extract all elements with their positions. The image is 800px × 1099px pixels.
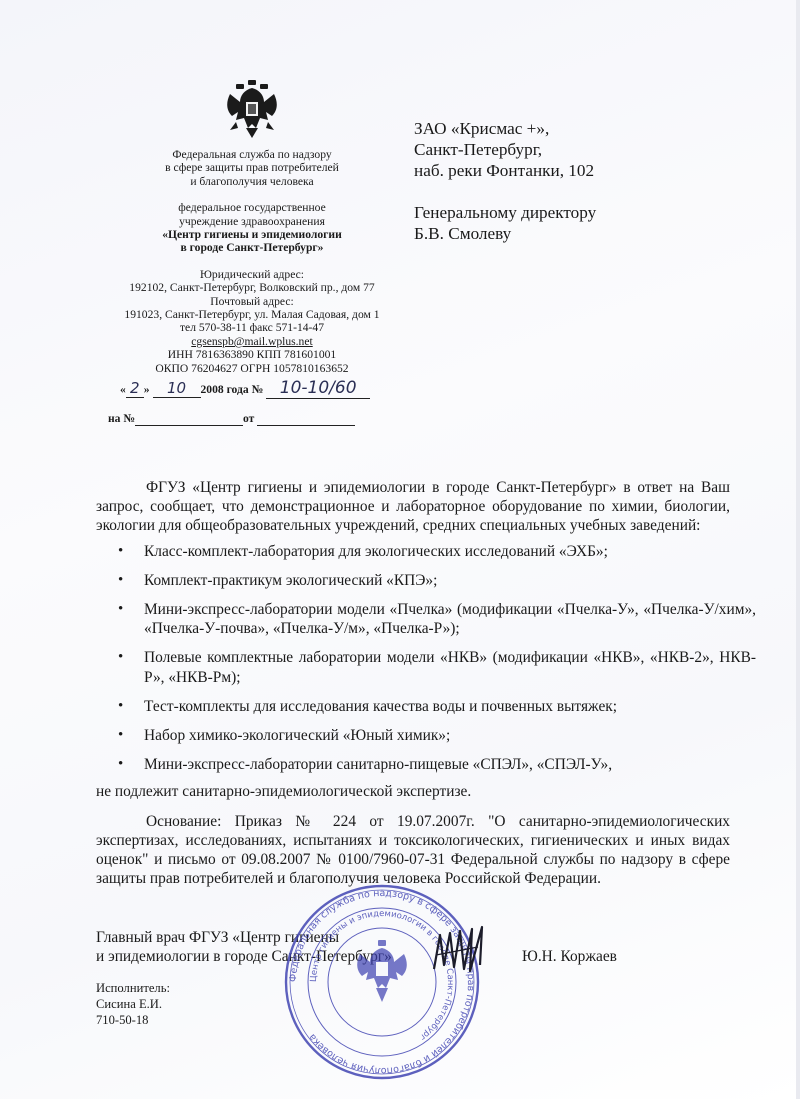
addressee-line: Генеральному директору xyxy=(414,202,596,223)
recipient-block: ЗАО «Крисмас +», Санкт-Петербург, наб. р… xyxy=(414,118,596,244)
list-item: Комплект-практикум экологический «КПЭ»; xyxy=(118,571,756,590)
handwritten-number: 10-10/60 xyxy=(266,378,370,399)
list-item: Мини-экспресс-лаборатории санитарно-пище… xyxy=(118,755,756,774)
basis-paragraph: Основание: Приказ № 224 от 19.07.2007г. … xyxy=(96,812,730,889)
phone-fax: тел 570-38-11 факс 571-14-47 xyxy=(96,321,408,334)
list-item: Класс-комплект-лаборатория для экологиче… xyxy=(118,542,756,561)
legal-address-label: Юридический адрес: xyxy=(96,268,408,281)
agency-name: Федеральная служба по надзору в сфере за… xyxy=(96,148,408,188)
agency-line: и благополучия человека xyxy=(96,175,408,188)
equipment-list: Класс-комплект-лаборатория для экологиче… xyxy=(96,542,730,775)
list-item: Тест-комплекты для исследования качества… xyxy=(118,697,756,716)
postal-address: 191023, Санкт-Петербург, ул. Малая Садов… xyxy=(96,308,408,321)
recipient-line: наб. реки Фонтанки, 102 xyxy=(414,160,596,181)
institution-line: учреждение здравоохранения xyxy=(96,215,408,228)
russian-coat-of-arms-icon xyxy=(222,78,282,142)
executor-label: Исполнитель: xyxy=(96,980,170,996)
intro-paragraph: ФГУЗ «Центр гигиены и эпидемиологии в го… xyxy=(96,478,730,536)
handwritten-month: 10 xyxy=(153,379,201,398)
reference-line: на № от xyxy=(108,412,355,426)
handwritten-day: 2 xyxy=(126,379,144,398)
page-edge xyxy=(796,0,800,1099)
year-label: 2008 года № xyxy=(201,383,264,396)
ref-number-label: на № xyxy=(108,412,135,425)
executor-name: Сисина Е.И. xyxy=(96,996,170,1012)
addressee-line: Б.В. Смолеву xyxy=(414,223,596,244)
institution-name: «Центр гигиены и эпидемиологии xyxy=(96,228,408,241)
quote: » xyxy=(144,383,150,396)
okpo-ogrn: ОКПО 76204627 ОГРН 1057810163652 xyxy=(96,362,408,375)
list-item: Полевые комплектные лаборатории модели «… xyxy=(118,648,756,686)
executor-phone: 710-50-18 xyxy=(96,1012,170,1028)
letter-body: ФГУЗ «Центр гигиены и эпидемиологии в го… xyxy=(96,478,730,888)
conclusion: не подлежит санитарно-эпидемиологической… xyxy=(96,782,730,801)
list-item: Мини-экспресс-лаборатории модели «Пчелка… xyxy=(118,600,756,638)
official-stamp-icon: Федеральная служба по надзору в сфере за… xyxy=(282,882,482,1082)
ref-date-label: от xyxy=(243,412,254,425)
email-link[interactable]: cgsenspb@mail.wplus.net xyxy=(96,335,408,348)
recipient-line: Санкт-Петербург, xyxy=(414,139,596,160)
inn-kpp: ИНН 7816363890 КПП 781601001 xyxy=(96,348,408,361)
letterhead: Федеральная служба по надзору в сфере за… xyxy=(96,78,408,375)
outgoing-date-number: «2» 102008 года № 10-10/60 xyxy=(120,378,370,399)
legal-address: 192102, Санкт-Петербург, Волковский пр.,… xyxy=(96,281,408,294)
agency-line: в сфере защиты прав потребителей xyxy=(96,161,408,174)
executor-block: Исполнитель: Сисина Е.И. 710-50-18 xyxy=(96,980,170,1028)
postal-address-label: Почтовый адрес: xyxy=(96,295,408,308)
agency-line: Федеральная служба по надзору xyxy=(96,148,408,161)
signatory-name: Ю.Н. Коржаев xyxy=(522,947,617,966)
handwritten-signature-icon xyxy=(430,925,490,975)
institution-name: в городе Санкт-Петербург» xyxy=(96,241,408,254)
institution-line: федеральное государственное xyxy=(96,201,408,214)
list-item: Набор химико-экологический «Юный химик»; xyxy=(118,726,756,745)
recipient-line: ЗАО «Крисмас +», xyxy=(414,118,596,139)
